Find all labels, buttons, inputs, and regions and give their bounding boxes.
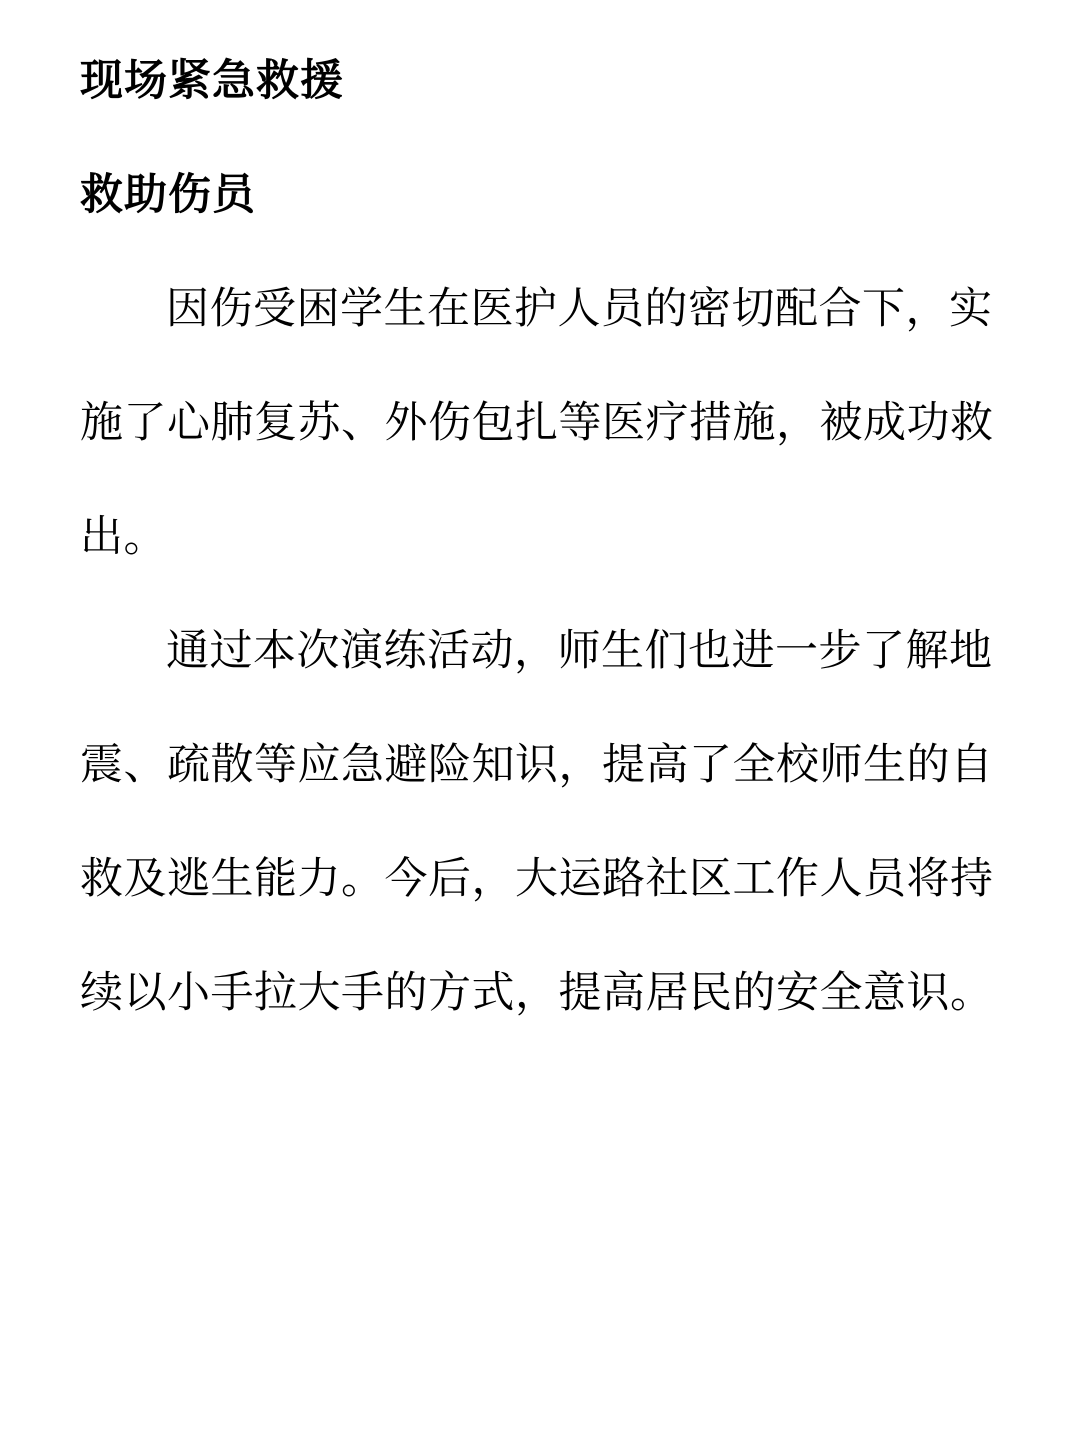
section-heading-onsite-emergency-rescue: 现场紧急救援 (80, 24, 1006, 138)
section-heading-aid-the-injured: 救助伤员 (80, 138, 1006, 252)
article-page: 现场紧急救援 救助伤员 因伤受困学生在医护人员的密切配合下，实施了心肺复苏、外伤… (0, 0, 1080, 1456)
paragraph-drill-takeaway: 通过本次演练活动，师生们也进一步了解地震、疏散等应急避险知识，提高了全校师生的自… (80, 594, 1006, 1050)
paragraph-rescue-outcome: 因伤受困学生在医护人员的密切配合下，实施了心肺复苏、外伤包扎等医疗措施，被成功救… (80, 252, 1006, 594)
